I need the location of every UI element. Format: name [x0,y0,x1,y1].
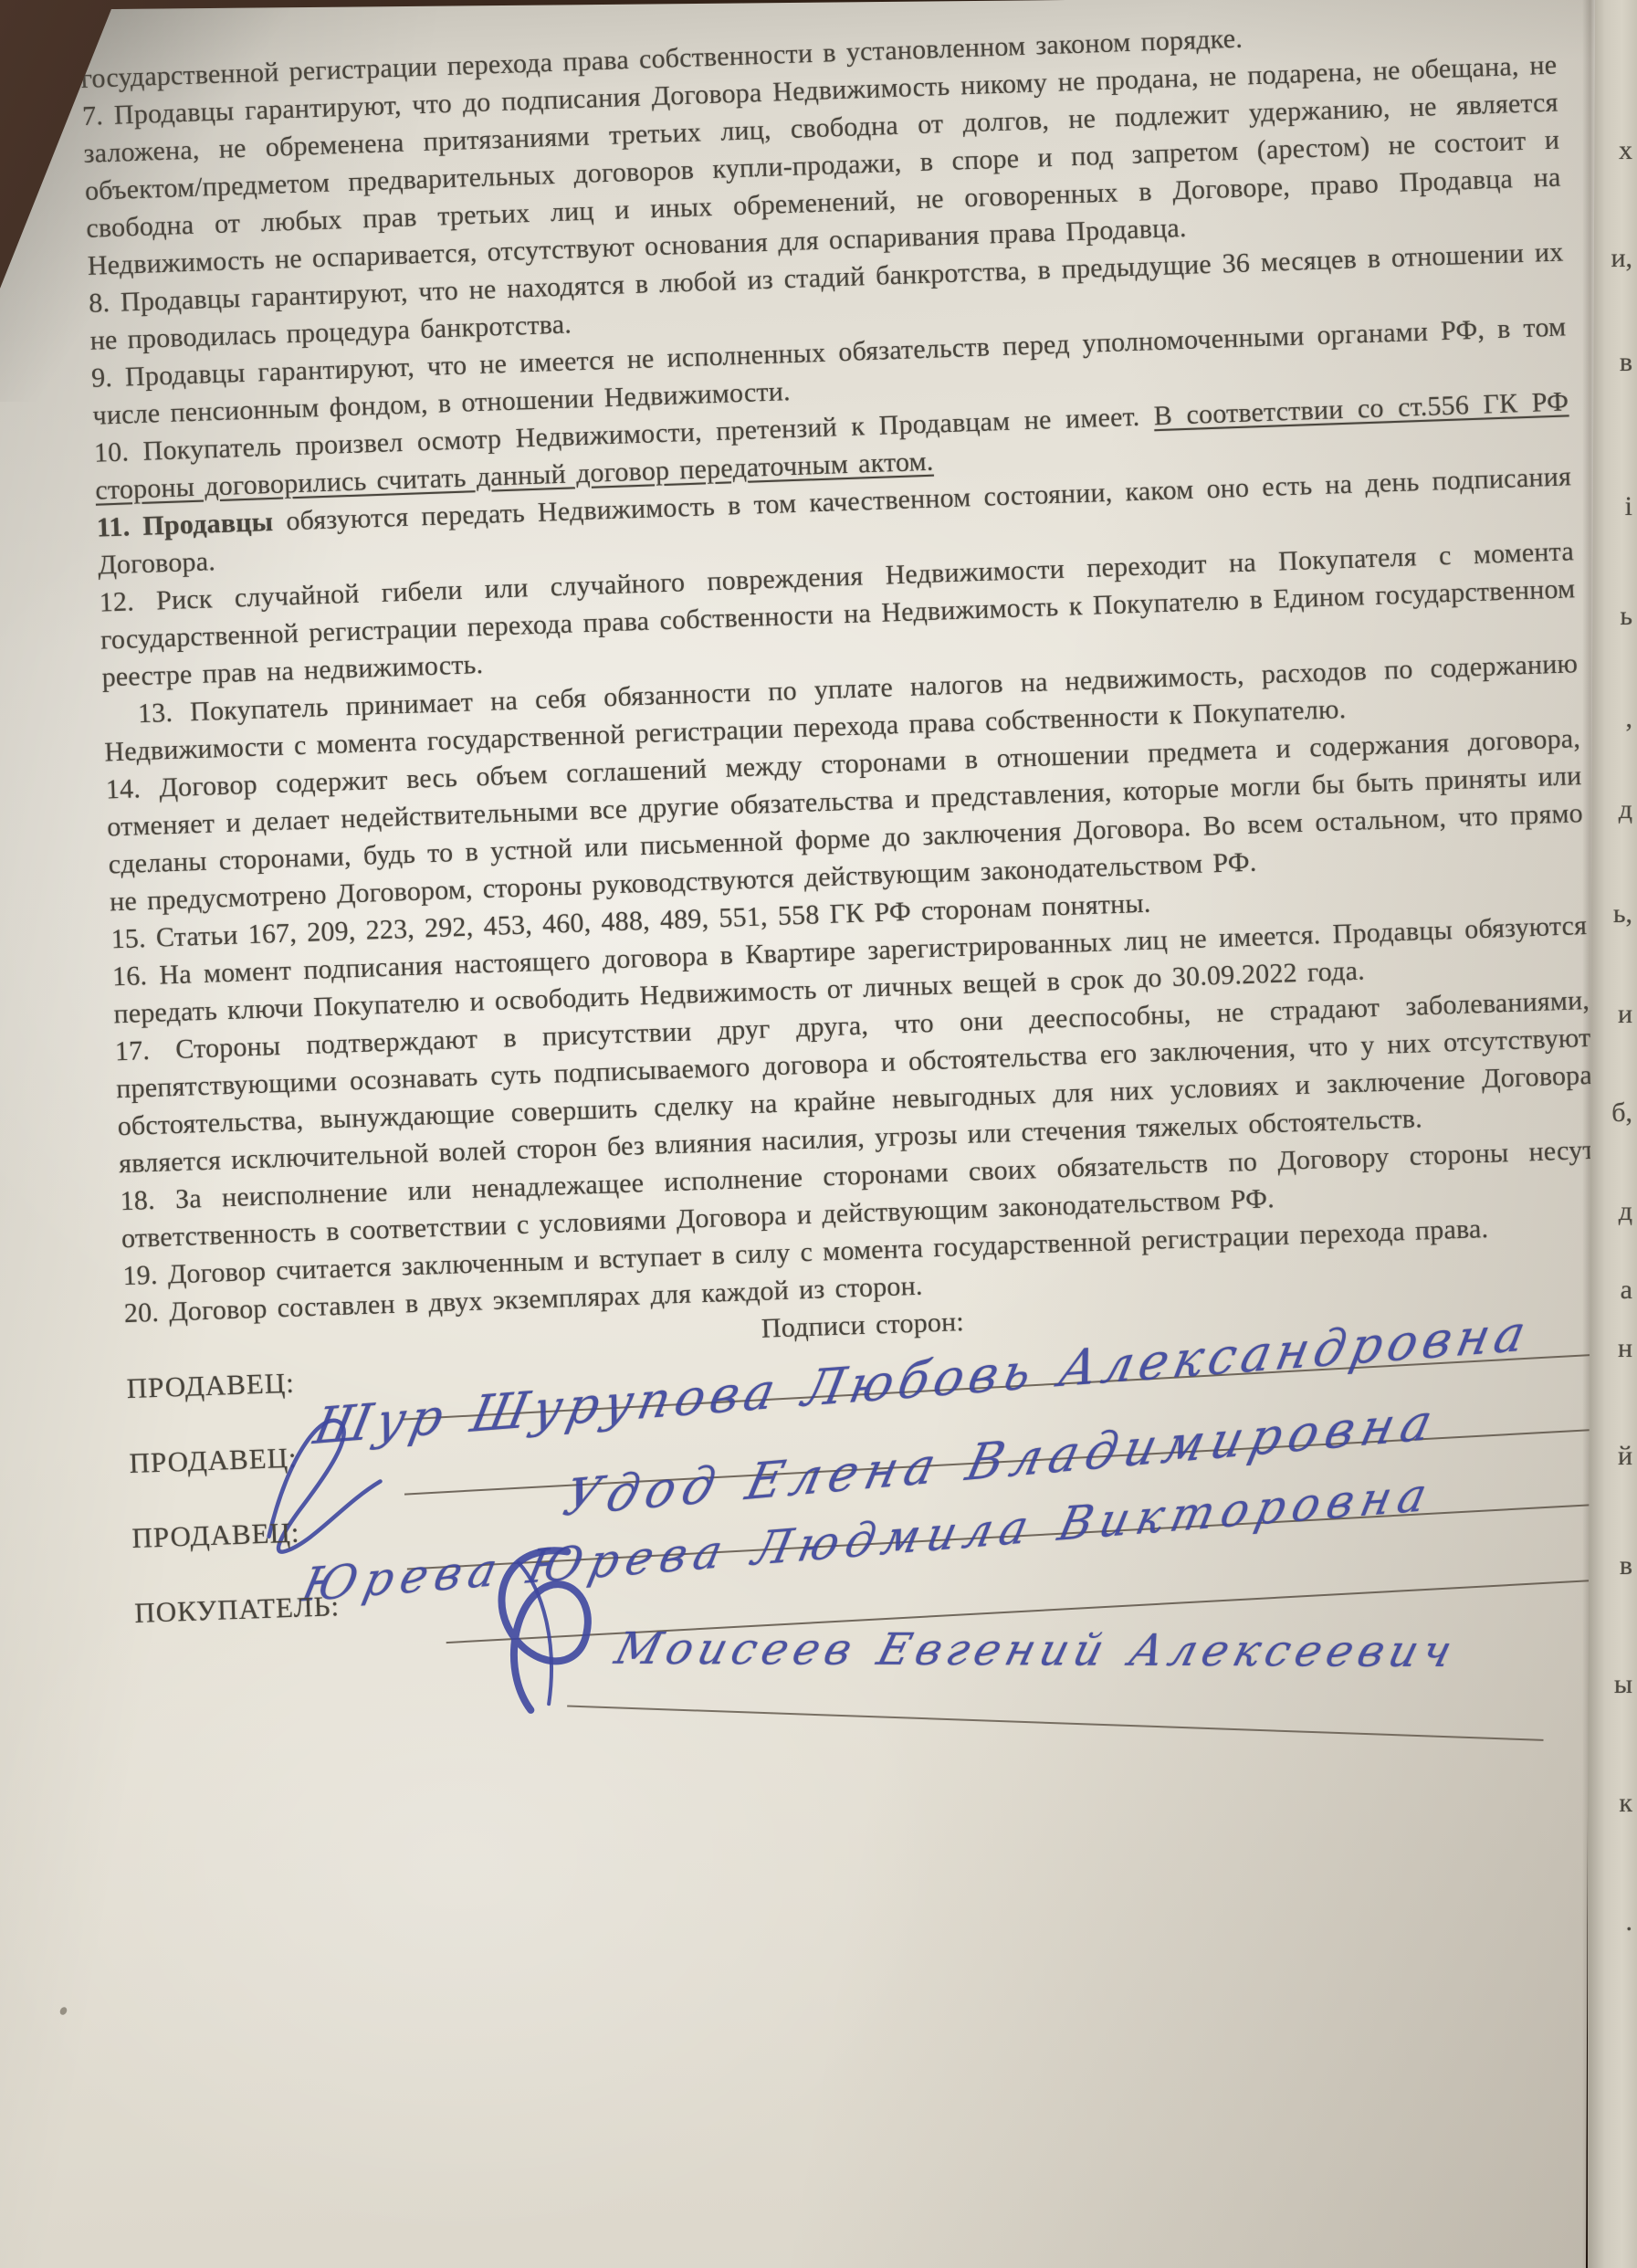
contract-page: государственной регистрации перехода пра… [0,0,1637,2268]
underlying-text-fragment: в [1620,1552,1632,1580]
underlying-text-fragment: и, [1611,245,1632,272]
underlying-text-fragment: ь, [1613,900,1632,928]
underlying-text-fragment: к [1619,1790,1632,1817]
ink-speck [58,2006,68,2016]
party-label-seller-3: ПРОДАВЕЦ: [131,1517,300,1554]
underlying-text-fragment: й [1618,1443,1632,1470]
signature-flourish [454,1531,624,1728]
underlying-page-edge: х и, в і ь , д ь, и б, д а н й в ы к . [1588,0,1637,2268]
underlying-text-fragment: и [1618,1001,1632,1028]
underlying-text-fragment: . [1626,1908,1633,1936]
handwritten-signature-buyer: Моисеев Евгений Алексеевич [612,1631,1461,1671]
party-label-buyer: ПОКУПАТЕЛЬ: [134,1590,341,1629]
signature-line [567,1705,1543,1740]
underlying-text-fragment: д [1619,1198,1632,1225]
underlying-text-fragment: ь [1620,603,1632,630]
underlying-text-fragment: а [1621,1276,1632,1304]
underlying-text-fragment: , [1626,705,1633,732]
photo-scene: х и, в і ь , д ь, и б, д а н й в ы к . г… [0,0,1637,2268]
underlying-text-fragment: н [1618,1335,1632,1362]
signature-block: ПРОДАВЕЦ: Шур Шурупова Любовь Александро… [126,1318,1611,1669]
contract-text-block: государственной регистрации перехода пра… [80,9,1611,1669]
underlying-text-fragment: і [1625,493,1632,520]
underlying-text-fragment: б, [1611,1099,1632,1127]
paragraph-11-bold-lead: 11. Продавцы [96,507,273,543]
underlying-text-fragment: в [1620,349,1632,376]
underlying-text-fragment: ы [1614,1671,1632,1698]
underlying-text-fragment: д [1619,796,1632,824]
underlying-text-fragment: х [1619,137,1632,164]
